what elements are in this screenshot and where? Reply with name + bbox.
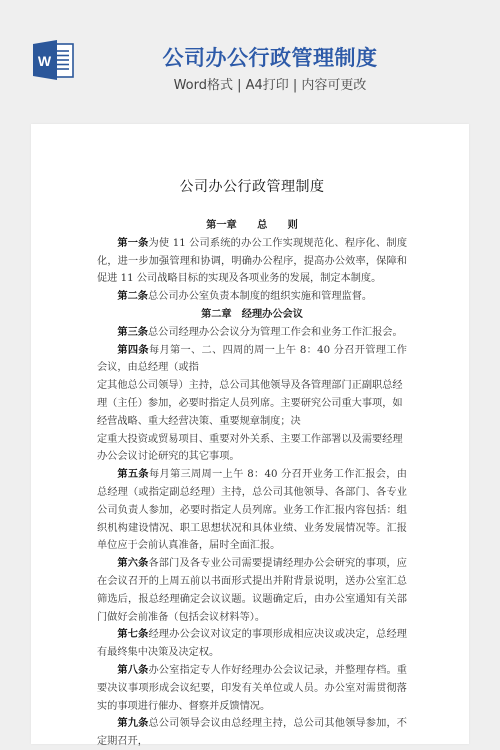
article-label: 第四条 [117,344,149,356]
chapter-heading-2: 第二章 经理办公会议 [97,306,407,324]
banner-subtitle: Word格式 | A4打印 | 内容可更改 [0,74,500,93]
article-9: 第九条总公司领导会议由总经理主持，总公司其他领导参加，不定期召开， [97,715,407,750]
document-page: 公司办公行政管理制度 第一章 总 则 第一条为使 11 公司系统的办公工作实现规… [31,124,469,744]
article-label: 第八条 [117,664,148,676]
article-label: 第五条 [117,468,149,480]
article-8: 第八条办公室指定专人作好经理办公会议记录，并整理存档。重要决议事项形成会议纪要，… [97,662,407,715]
article-5: 第五条每月第三周周一上午 8：40 分召开业务工作汇报会，由总经理（或指定副总经… [97,466,407,555]
article-4: 第四条每月第一、二、四周的周一上午 8：40 分召开管理工作会议，由总经理（或指 [97,342,407,378]
article-1: 第一条为使 11 公司系统的办公工作实现规范化、程序化、制度化，进一步加强管理和… [97,235,407,288]
article-7: 第七条经理办公会议对议定的事项形成相应决议或决定，总经理有最终集中决策及决定权。 [97,626,407,662]
article-4-continued: 定其他总公司领导）主持，总公司其他领导及各管理部门正副职总经理（主任）参加，必要… [97,377,407,430]
chapter-heading-1: 第一章 总 则 [97,217,407,235]
banner: W 公司办公行政管理制度 Word格式 | A4打印 | 内容可更改 [0,0,500,124]
article-text: 每月第三周周一上午 8：40 分召开业务工作汇报会，由总经理（或指定副总经理）主… [97,469,407,551]
article-label: 第七条 [117,628,148,640]
article-label: 第二条 [117,290,148,302]
article-6: 第六条各部门及各专业公司需要提请经理办公会研究的事项，应在会议召开的上周五前以书… [97,555,407,626]
article-3: 第三条总公司经理办公会议分为管理工作会和业务工作汇报会。 [97,324,407,342]
article-2: 第二条总公司办公室负责本制度的组织实施和管理监督。 [97,288,407,306]
article-label: 第九条 [117,717,148,729]
article-label: 第六条 [117,557,148,569]
article-4-continued-2: 定重大投资或贸易项目、重要对外关系、主要工作部署以及需要经理办公会议讨论研究的其… [97,431,407,467]
document-title: 公司办公行政管理制度 [97,179,407,197]
article-label: 第一条 [117,237,148,249]
article-text: 总公司经理办公会议分为管理工作会和业务工作汇报会。 [148,327,403,338]
article-text: 总公司办公室负责本制度的组织实施和管理监督。 [148,291,372,302]
banner-title: 公司办公行政管理制度 [0,42,500,72]
article-label: 第三条 [117,326,148,338]
